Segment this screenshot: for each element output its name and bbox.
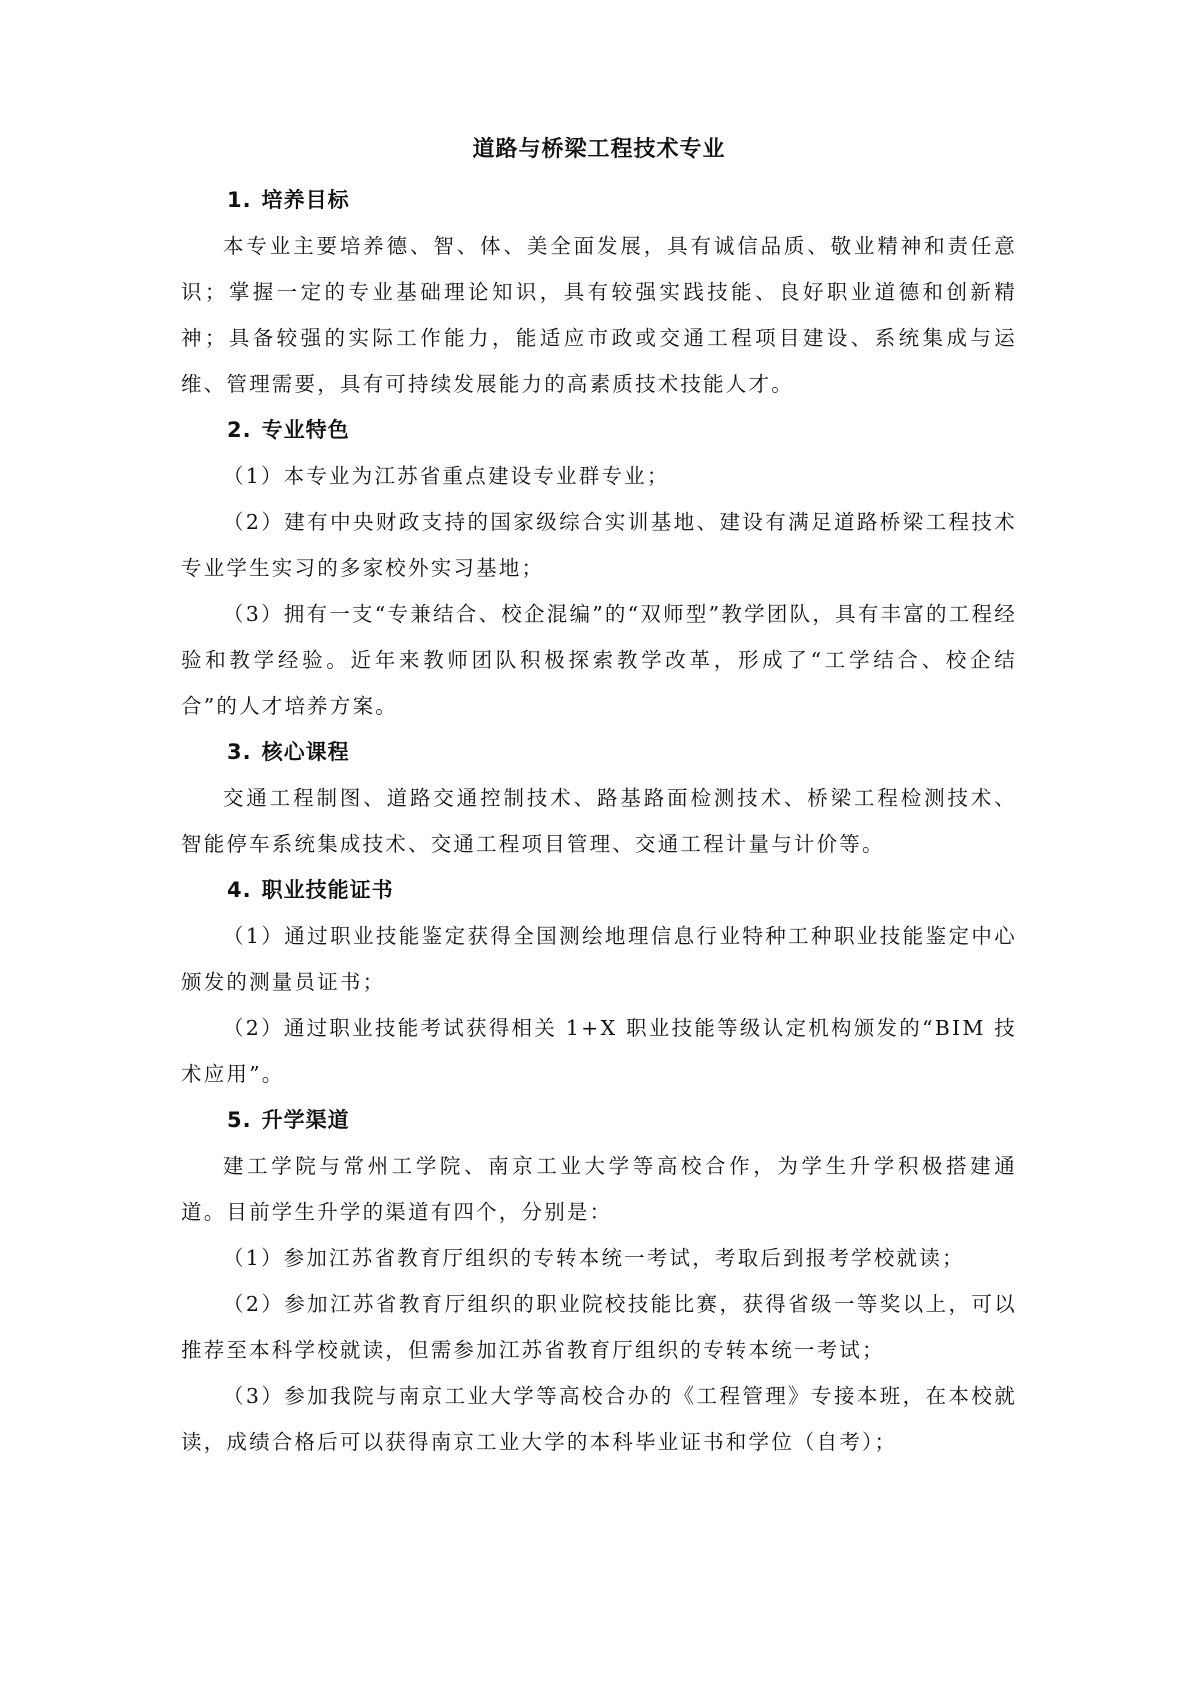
paragraph: 交通工程制图、道路交通控制技术、路基路面检测技术、桥梁工程检测技术、智能停车系统… xyxy=(181,775,1017,867)
list-item: （1）参加江苏省教育厅组织的专转本统一考试，考取后到报考学校就读； xyxy=(181,1235,1017,1281)
section-training-objectives: 1.培养目标 本专业主要培养德、智、体、美全面发展，具有诚信品质、敬业精神和责任… xyxy=(181,177,1017,407)
section-heading: 5.升学渠道 xyxy=(181,1097,1017,1143)
list-item: （2）建有中央财政支持的国家级综合实训基地、建设有满足道路桥梁工程技术专业学生实… xyxy=(181,499,1017,591)
section-further-study: 5.升学渠道 建工学院与常州工学院、南京工业大学等高校合作，为学生升学积极搭建通… xyxy=(181,1097,1017,1465)
section-heading: 4.职业技能证书 xyxy=(181,867,1017,913)
section-number: 4. xyxy=(227,867,252,913)
document-title: 道路与桥梁工程技术专业 xyxy=(181,127,1017,173)
section-core-courses: 3.核心课程 交通工程制图、道路交通控制技术、路基路面检测技术、桥梁工程检测技术… xyxy=(181,729,1017,867)
document-page: 道路与桥梁工程技术专业 1.培养目标 本专业主要培养德、智、体、美全面发展，具有… xyxy=(181,127,1017,1465)
list-item: （3）参加我院与南京工业大学等高校合办的《工程管理》专接本班，在本校就读，成绩合… xyxy=(181,1373,1017,1465)
section-program-features: 2.专业特色 （1）本专业为江苏省重点建设专业群专业； （2）建有中央财政支持的… xyxy=(181,407,1017,729)
section-heading: 1.培养目标 xyxy=(181,177,1017,223)
section-heading-text: 核心课程 xyxy=(262,740,350,764)
list-item: （1）通过职业技能鉴定获得全国测绘地理信息行业特种工种职业技能鉴定中心颁发的测量… xyxy=(181,913,1017,1005)
section-heading-text: 职业技能证书 xyxy=(262,878,394,902)
section-heading: 3.核心课程 xyxy=(181,729,1017,775)
section-heading-text: 升学渠道 xyxy=(262,1108,350,1132)
list-item: （3）拥有一支“专兼结合、校企混编”的“双师型”教学团队，具有丰富的工程经验和教… xyxy=(181,591,1017,729)
section-heading: 2.专业特色 xyxy=(181,407,1017,453)
section-number: 1. xyxy=(227,177,252,223)
section-number: 2. xyxy=(227,407,252,453)
paragraph: 本专业主要培养德、智、体、美全面发展，具有诚信品质、敬业精神和责任意识；掌握一定… xyxy=(181,223,1017,407)
paragraph: 建工学院与常州工学院、南京工业大学等高校合作，为学生升学积极搭建通道。目前学生升… xyxy=(181,1143,1017,1235)
section-heading-text: 培养目标 xyxy=(262,188,350,212)
section-heading-text: 专业特色 xyxy=(262,418,350,442)
list-item: （1）本专业为江苏省重点建设专业群专业； xyxy=(181,453,1017,499)
list-item: （2）通过职业技能考试获得相关 1+X 职业技能等级认定机构颁发的“BIM 技术… xyxy=(181,1005,1017,1097)
list-item: （2）参加江苏省教育厅组织的职业院校技能比赛，获得省级一等奖以上，可以推荐至本科… xyxy=(181,1281,1017,1373)
section-number: 3. xyxy=(227,729,252,775)
section-certificates: 4.职业技能证书 （1）通过职业技能鉴定获得全国测绘地理信息行业特种工种职业技能… xyxy=(181,867,1017,1097)
section-number: 5. xyxy=(227,1097,252,1143)
